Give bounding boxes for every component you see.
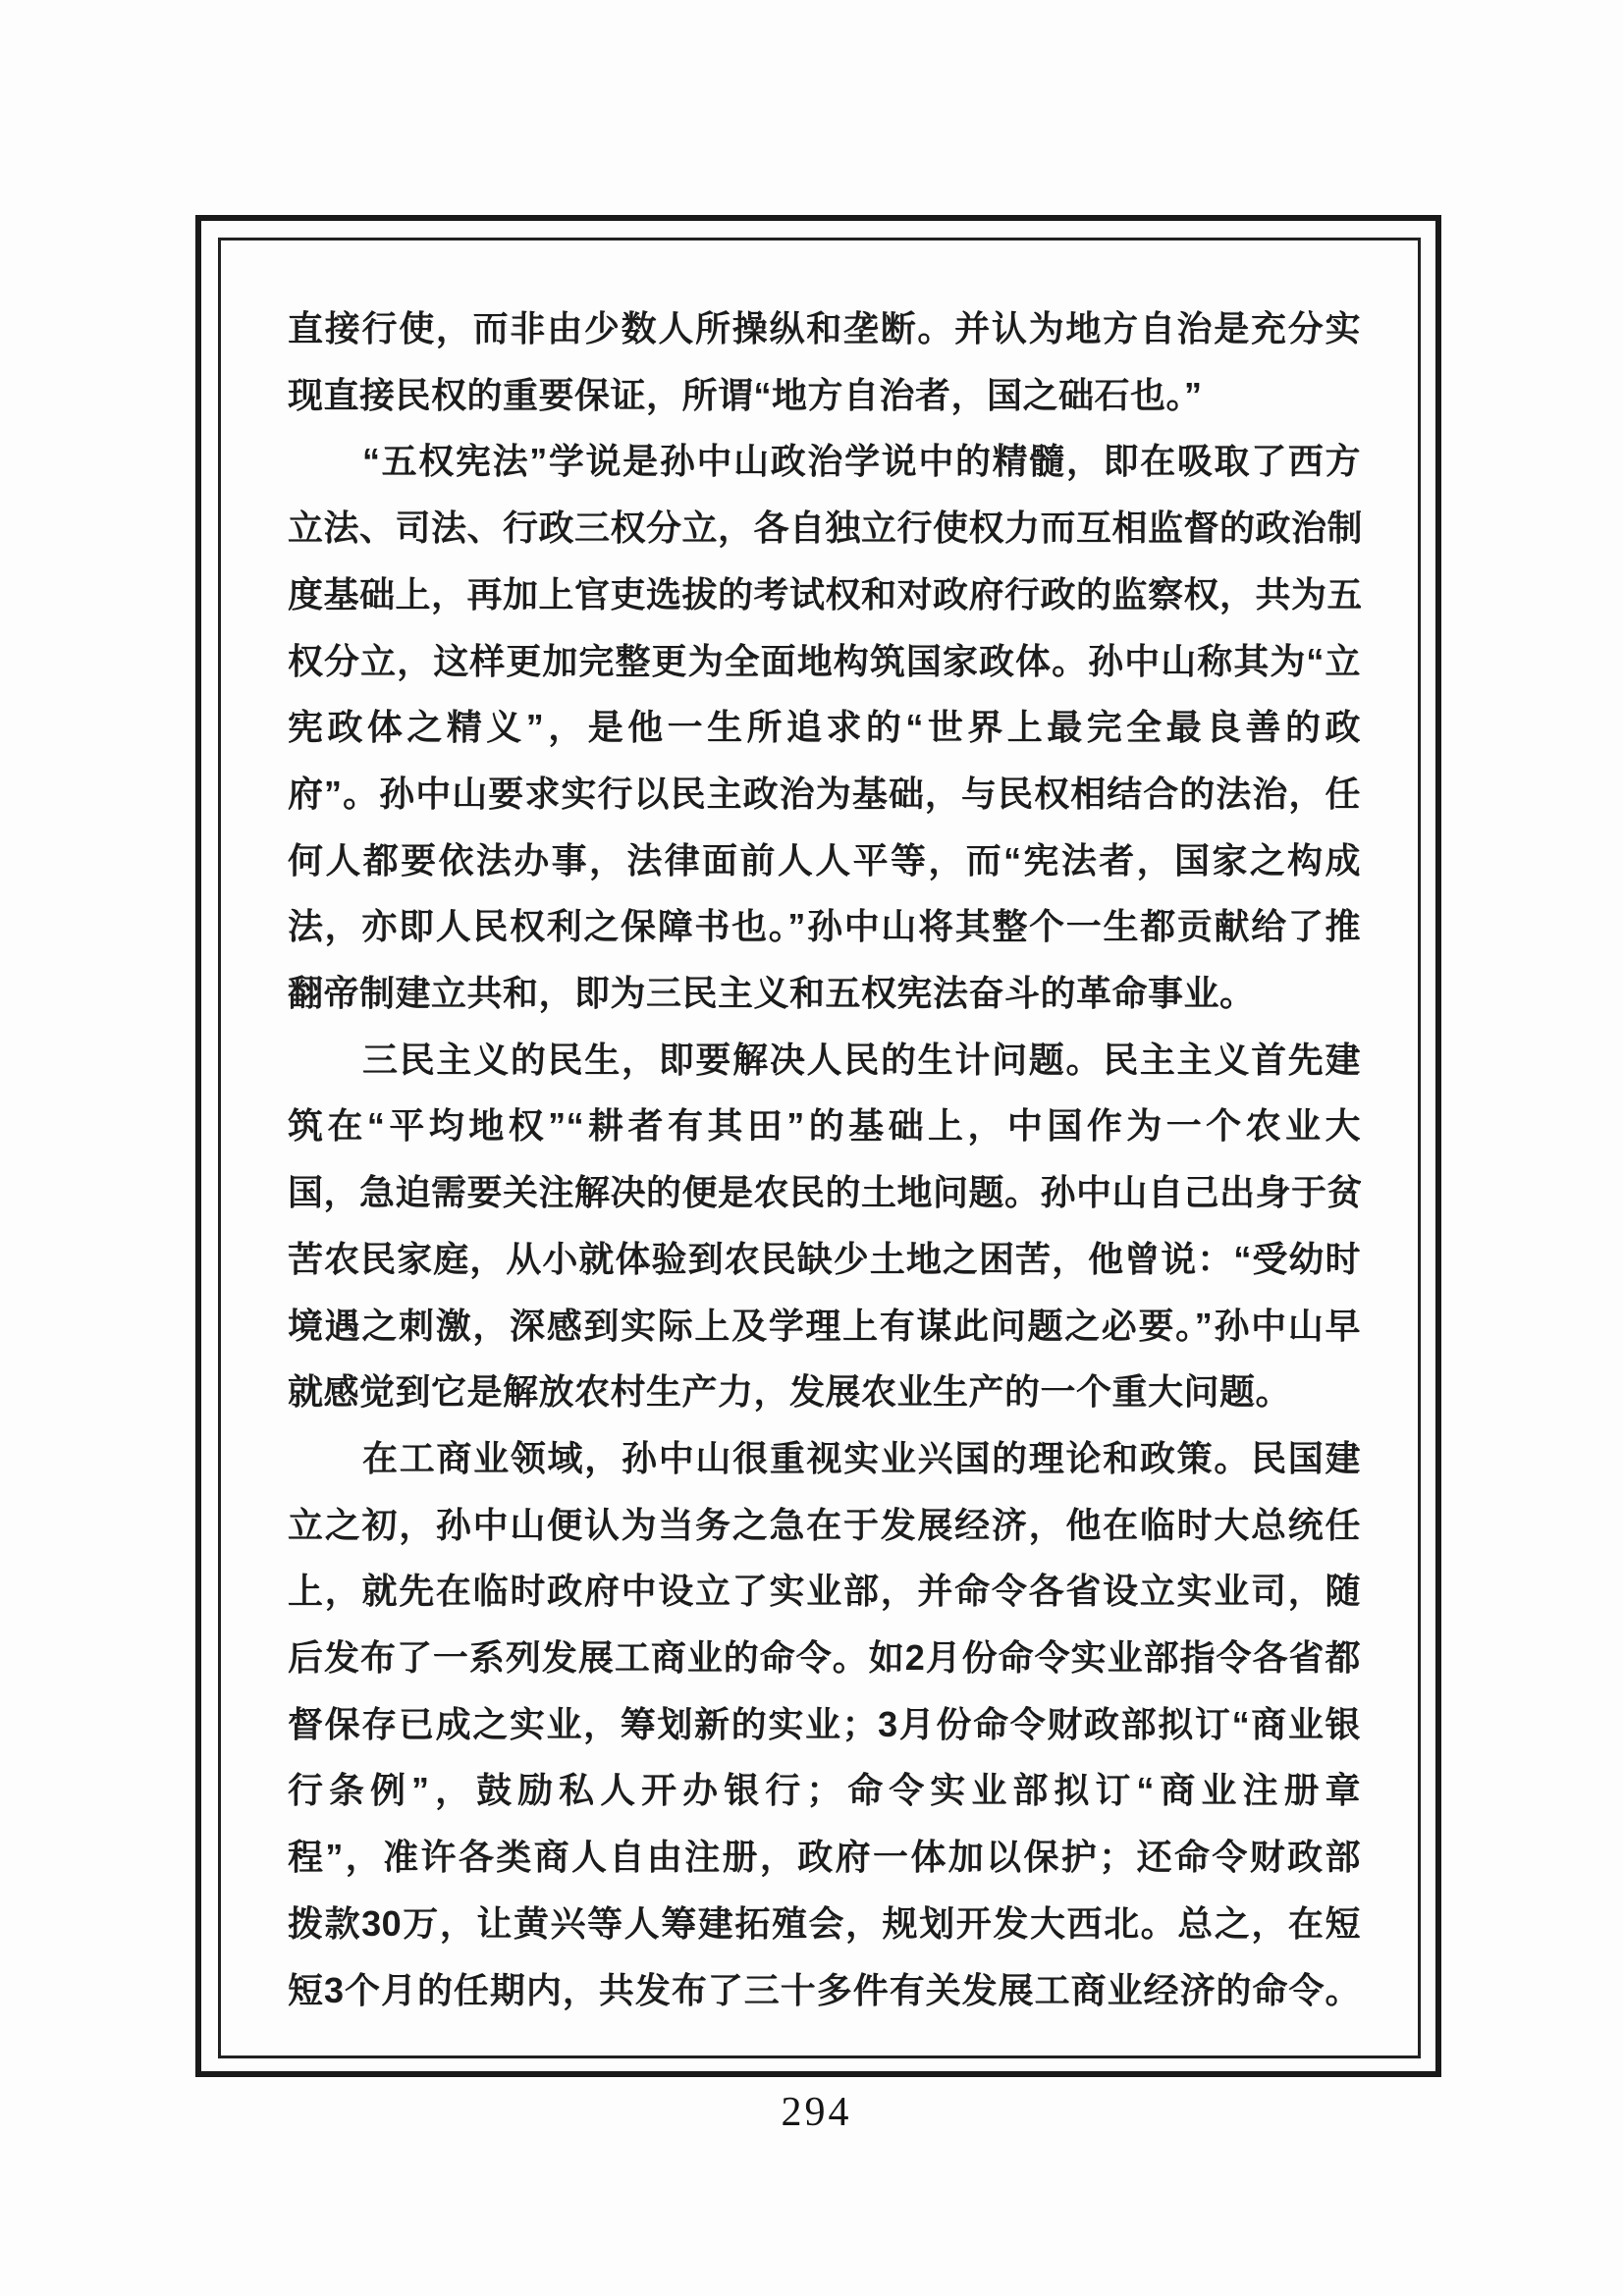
- paragraph: 三民主义的民生，即要解决人民的生计问题。民主主义首先建 筑在“平均地权”“耕者有…: [288, 1027, 1361, 1425]
- text-line: 在工商业领域，孙中山很重视实业兴国的理论和政策。民国建: [288, 1425, 1361, 1492]
- paragraph: 在工商业领域，孙中山很重视实业兴国的理论和政策。民国建 立之初，孙中山便认为当务…: [288, 1425, 1361, 2023]
- paragraph: 直接行使，而非由少数人所操纵和垄断。并认为地方自治是充分实 现直接民权的重要保证…: [288, 295, 1361, 428]
- text-line: 府”。孙中山要求实行以民主政治为基础，与民权相结合的法治，任: [288, 761, 1361, 828]
- text-line: 就感觉到它是解放农村生产力，发展农业生产的一个重大问题。: [288, 1359, 1361, 1425]
- text-line: 权分立，这样更加完整更为全面地构筑国家政体。孙中山称其为“立: [288, 628, 1361, 695]
- text-line: 何人都要依法办事，法律面前人人平等，而“宪法者，国家之构成: [288, 828, 1361, 894]
- text-line: 直接行使，而非由少数人所操纵和垄断。并认为地方自治是充分实: [288, 295, 1361, 362]
- text-line: 立法、司法、行政三权分立，各自独立行使权力而互相监督的政治制: [288, 495, 1361, 561]
- text-line: 三民主义的民生，即要解决人民的生计问题。民主主义首先建: [288, 1027, 1361, 1094]
- text-line: “五权宪法”学说是孙中山政治学说中的精髓，即在吸取了西方: [288, 428, 1361, 495]
- text-line: 督保存已成之实业，筹划新的实业；3月份命令财政部拟订“商业银: [288, 1691, 1361, 1758]
- text-line: 行条例”，鼓励私人开办银行；命令实业部拟订“商业注册章: [288, 1757, 1361, 1824]
- paragraph: “五权宪法”学说是孙中山政治学说中的精髓，即在吸取了西方 立法、司法、行政三权分…: [288, 428, 1361, 1026]
- text-line: 宪政体之精义”，是他一生所追求的“世界上最完全最良善的政: [288, 694, 1361, 761]
- book-page: 直接行使，而非由少数人所操纵和垄断。并认为地方自治是充分实 现直接民权的重要保证…: [0, 0, 1623, 2296]
- text-line: 上，就先在临时政府中设立了实业部，并命令各省设立实业司，随: [288, 1558, 1361, 1625]
- text-line: 筑在“平均地权”“耕者有其田”的基础上，中国作为一个农业大: [288, 1093, 1361, 1159]
- page-number: 294: [0, 2089, 1623, 2136]
- text-line: 现直接民权的重要保证，所谓“地方自治者，国之础石也。”: [288, 362, 1361, 429]
- text-line: 拨款30万，让黄兴等人筹建拓殖会，规划开发大西北。总之，在短: [288, 1891, 1361, 1957]
- text-line: 翻帝制建立共和，即为三民主义和五权宪法奋斗的革命事业。: [288, 960, 1361, 1027]
- text-line: 后发布了一系列发展工商业的命令。如2月份命令实业部指令各省都: [288, 1625, 1361, 1691]
- page-text-block: 直接行使，而非由少数人所操纵和垄断。并认为地方自治是充分实 现直接民权的重要保证…: [288, 295, 1361, 2023]
- text-line: 立之初，孙中山便认为当务之急在于发展经济，他在临时大总统任: [288, 1492, 1361, 1559]
- text-line: 程”，准许各类商人自由注册，政府一体加以保护；还命令财政部: [288, 1824, 1361, 1891]
- text-line: 苦农民家庭，从小就体验到农民缺少土地之困苦，他曾说：“受幼时: [288, 1226, 1361, 1293]
- text-line: 境遇之刺激，深感到实际上及学理上有谋此问题之必要。”孙中山早: [288, 1293, 1361, 1360]
- text-line: 国，急迫需要关注解决的便是农民的土地问题。孙中山自己出身于贫: [288, 1159, 1361, 1226]
- text-line: 法，亦即人民权利之保障书也。”孙中山将其整个一生都贡献给了推: [288, 893, 1361, 960]
- text-line: 度基础上，再加上官吏选拔的考试权和对政府行政的监察权，共为五: [288, 561, 1361, 628]
- text-line: 短3个月的任期内，共发布了三十多件有关发展工商业经济的命令。: [288, 1957, 1361, 2024]
